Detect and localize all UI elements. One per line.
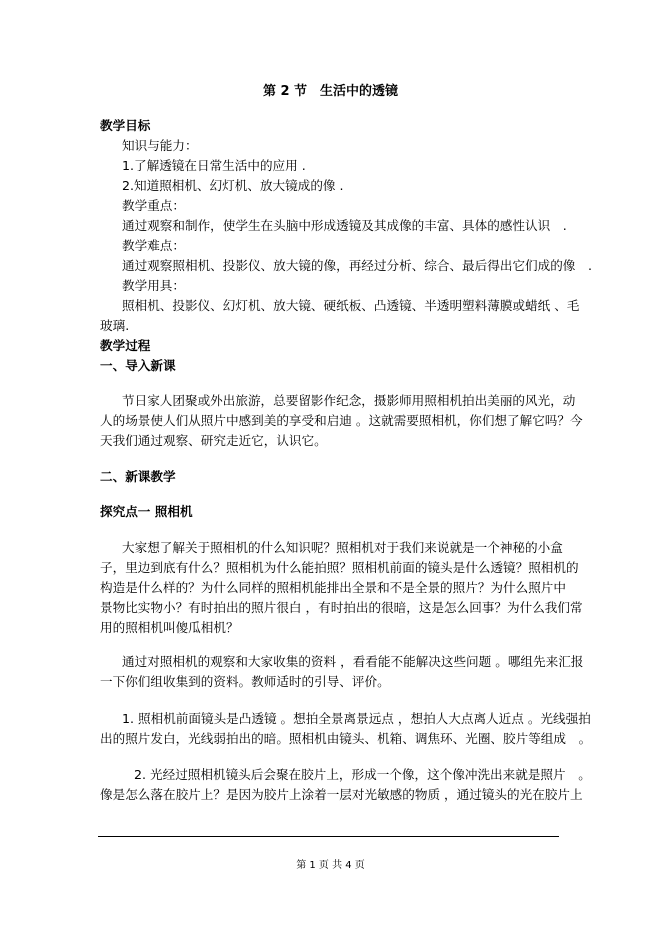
observation-line-2: 一下你们组收集到的资料。教师适时的引导、评价。: [100, 672, 390, 692]
questions-line-3: 构造是什么样的？为什么同样的照相机能排出全景和不是全景的照片？为什么照片中: [100, 578, 566, 598]
point-1-line-1: 1. 照相机前面镜头是凸透镜 。想拍全景离景远点 ，想拍人大点离人近点 。光线强…: [122, 709, 591, 729]
new-lesson-heading: 二、新课教学: [100, 467, 176, 487]
knowledge-label: 知识与能力：: [122, 136, 198, 156]
intro-paragraph-line-3: 天我们通过观察、研究走近它，认识它。: [100, 431, 327, 451]
point-2-line-1: 2. 光经过照相机镜头后会聚在胶片上，形成一个像，这个像冲洗出来就是照片 。: [134, 765, 591, 785]
document-page: 第 2 节 生活中的透镜 教学目标 知识与能力： 1.了解透镜在日常生活中的应用…: [0, 0, 661, 935]
tools-line-1: 照相机、投影仪、幻灯机、放大镜、硬纸板、凸透镜、半透明塑料薄膜或蜡纸 、毛: [122, 296, 579, 316]
key-label: 教学重点：: [122, 196, 185, 216]
point-2-line-2: 像是怎么落在胶片上？是因为胶片上涂着一层对光敏感的物质 ，通过镜头的光在胶片上: [100, 785, 583, 805]
observation-line-1: 通过对照相机的观察和大家收集的资料 ，看看能不能解决这些问题 。哪组先来汇报: [122, 652, 583, 672]
tools-label: 教学用具：: [122, 276, 185, 296]
intro-heading: 一、导入新课: [100, 356, 176, 376]
questions-line-5: 用的照相机叫傻瓜相机？: [100, 618, 239, 638]
page-title: 第 2 节 生活中的透镜: [0, 80, 661, 99]
difficult-text: 通过观察照相机、投影仪、放大镜的像，再经过分析、综合、最后得出它们成的像 .: [122, 256, 592, 276]
goal-2: 2.知道照相机、幻灯机、放大镜成的像 .: [122, 176, 344, 196]
questions-line-4: 景物比实物小？有时拍出的照片很白 ，有时拍出的很暗，这是怎么回事？为什么我们常: [100, 598, 583, 618]
point-1-line-2: 出的照片发白，光线弱拍出的暗。照相机由镜头、机箱、调焦环、光圈、胶片等组成 。: [100, 729, 591, 749]
footer-divider: [98, 836, 559, 837]
key-text: 通过观察和制作，使学生在头脑中形成透镜及其成像的丰富、具体的感性认识 .: [122, 216, 567, 236]
questions-line-2: 子，里边到底有什么？照相机为什么能拍照？照相机前面的镜头是什么透镜？照相机的: [100, 558, 579, 578]
explore-heading: 探究点一 照相机: [100, 502, 193, 522]
page-number: 第 1 页 共 4 页: [0, 856, 661, 871]
goals-heading: 教学目标: [100, 116, 150, 136]
intro-paragraph-line-2: 人的场景使人们从照片中感到美的享受和启迪 。这就需要照相机，你们想了解它吗？今: [100, 411, 583, 431]
process-heading: 教学过程: [100, 336, 150, 356]
questions-line-1: 大家想了解关于照相机的什么知识呢？照相机对于我们来说就是一个神秘的小盒: [122, 538, 563, 558]
difficult-label: 教学难点：: [122, 236, 185, 256]
tools-line-2: 玻璃.: [100, 316, 129, 336]
goal-1: 1.了解透镜在日常生活中的应用 .: [122, 156, 306, 176]
intro-paragraph-line-1: 节日家人团聚或外出旅游，总要留影作纪念，摄影师用照相机拍出美丽的风光，动: [122, 391, 575, 411]
